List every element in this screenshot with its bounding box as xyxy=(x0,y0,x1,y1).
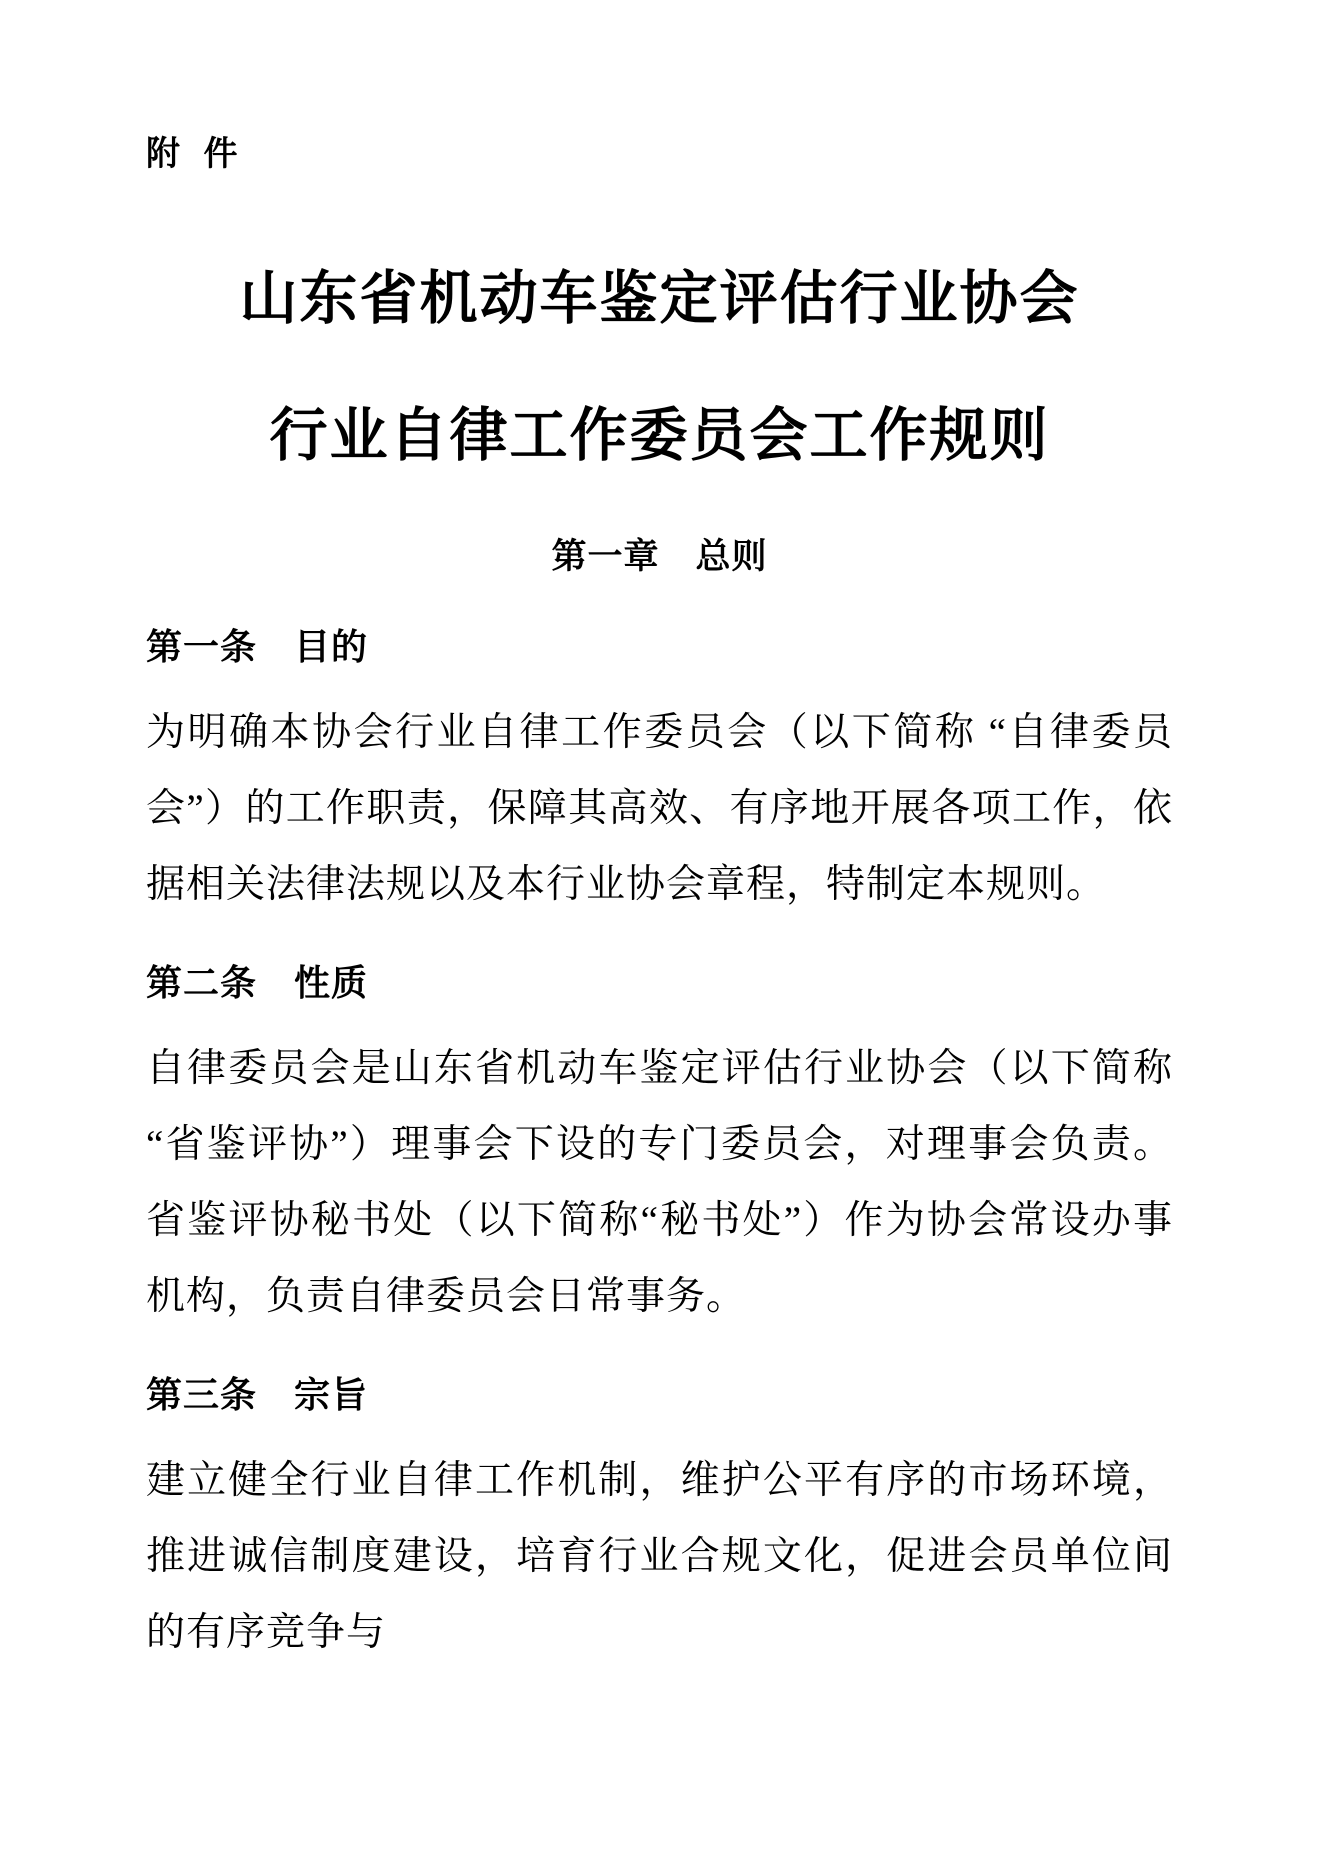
document-title-line2: 行业自律工作委员会工作规则 xyxy=(146,381,1173,491)
document-title-line1: 山东省机动车鉴定评估行业协会 xyxy=(146,244,1173,354)
document-page: 附 件 山东省机动车鉴定评估行业协会 行业自律工作委员会工作规则 第一章 总则 … xyxy=(0,0,1323,1871)
section-article-2: 第二条 性质 自律委员会是山东省机动车鉴定评估行业协会（以下简称“省鉴评协”）理… xyxy=(146,953,1173,1335)
article-3-body: 建立健全行业自律工作机制，维护公平有序的市场环境，推进诚信制度建设，培育行业合规… xyxy=(146,1443,1173,1671)
article-3-heading: 第三条 宗旨 xyxy=(146,1365,1173,1425)
article-1-heading: 第一条 目的 xyxy=(146,617,1173,677)
attachment-label: 附 件 xyxy=(146,130,1173,178)
chapter-heading: 第一章 总则 xyxy=(146,527,1173,587)
section-article-1: 第一条 目的 为明确本协会行业自律工作委员会（以下简称 “自律委员会”）的工作职… xyxy=(146,617,1173,923)
article-1-body: 为明确本协会行业自律工作委员会（以下简称 “自律委员会”）的工作职责，保障其高效… xyxy=(146,695,1173,923)
section-article-3: 第三条 宗旨 建立健全行业自律工作机制，维护公平有序的市场环境，推进诚信制度建设… xyxy=(146,1365,1173,1671)
article-2-heading: 第二条 性质 xyxy=(146,953,1173,1013)
article-2-body: 自律委员会是山东省机动车鉴定评估行业协会（以下简称“省鉴评协”）理事会下设的专门… xyxy=(146,1031,1173,1335)
